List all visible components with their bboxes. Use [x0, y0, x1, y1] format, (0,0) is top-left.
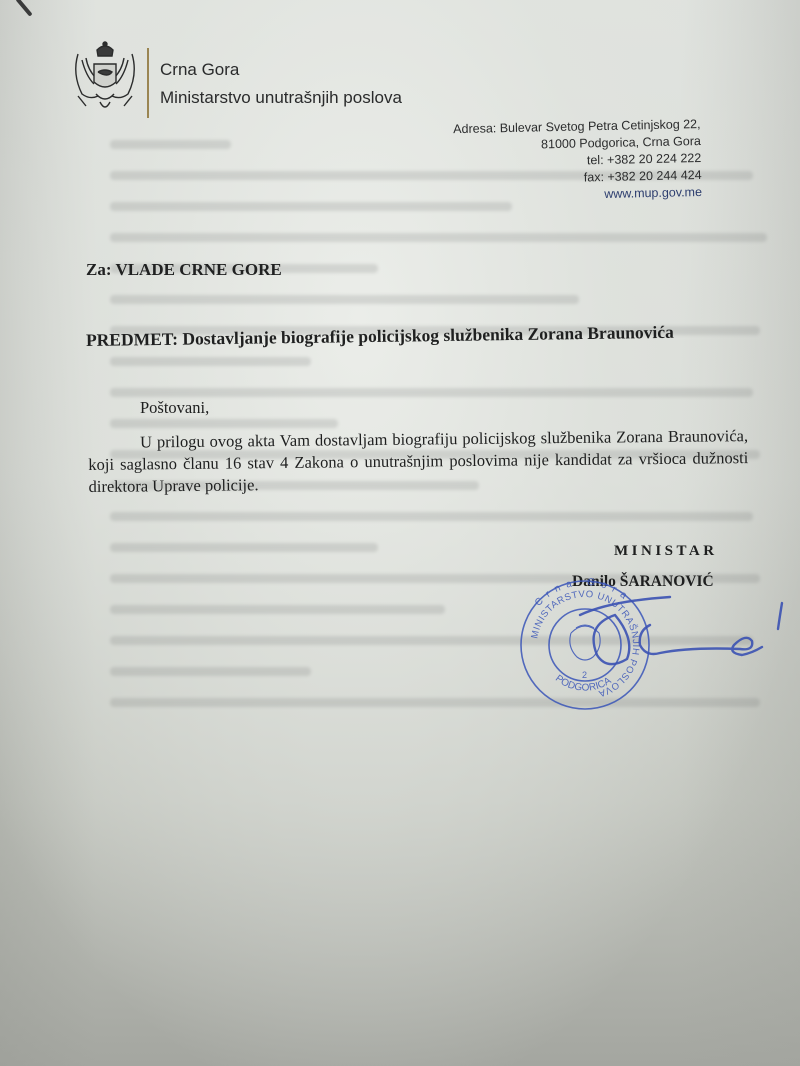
letterhead-divider — [147, 48, 149, 118]
recipient-line: Za: VLADE CRNE GORE — [86, 260, 282, 280]
salutation: Poštovani, — [140, 398, 209, 418]
letter-body-text: U prilogu ovog akta Vam dostavljam biogr… — [88, 426, 748, 496]
handwritten-signature — [560, 585, 800, 695]
document-page: Crna Gora Ministarstvo unutrašnjih poslo… — [0, 0, 800, 1066]
ministry-name: Ministarstvo unutrašnjih poslova — [160, 88, 402, 108]
contact-block: Adresa: Bulevar Svetog Petra Cetinjskog … — [453, 116, 702, 206]
country-name: Crna Gora — [160, 60, 239, 80]
coat-of-arms-icon — [70, 40, 140, 118]
paper-clip-mark — [15, 0, 32, 17]
letter-body: U prilogu ovog akta Vam dostavljam biogr… — [88, 425, 749, 498]
signatory-title: MINISTAR — [614, 543, 718, 560]
